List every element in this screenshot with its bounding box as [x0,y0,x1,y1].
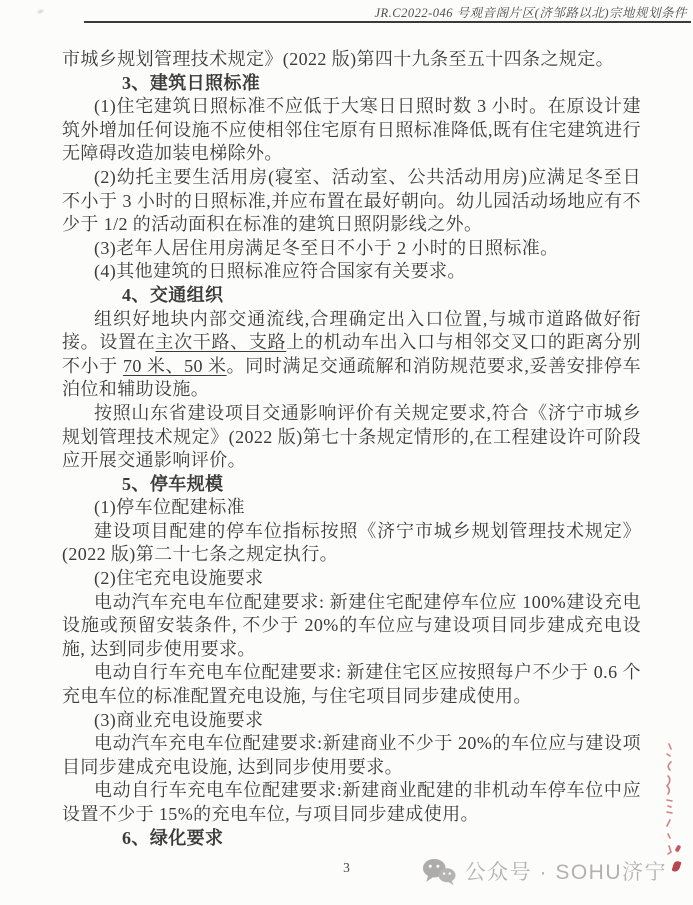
text-run: 6、 [122,828,150,848]
text-run: 3、 [122,73,150,93]
paragraph: (3)商业充电设施要求 [62,709,641,733]
paragraph: (3)老年人居住用房满足冬至日不小于 2 小时的日照标准。 [62,237,641,261]
text-run: 5、 [122,474,150,494]
paragraph: (2)住宅充电设施要求 [62,567,641,591]
paragraph: 电动自行车充电车位配建要求:新建商业配建的非机动车停车位中应设置不少于 15%的… [62,779,641,826]
paragraph: 电动汽车充电车位配建要求: 新建住宅配建停车位应 100%建设充电设施或预留安装… [62,591,641,662]
section-heading: 4、交通组织 [62,284,641,308]
text-run: 按照山东省建设项目交通影响评价有关规定要求,符合《济宁市城乡规划管理技术规定》(… [62,403,641,470]
section-heading: 3、建筑日照标准 [62,72,641,96]
paragraph: 电动自行车充电车位配建要求: 新建住宅区应按照每户不少于 0.6 个充电车位的标… [62,661,641,708]
text-run: (3)老年人居住用房满足冬至日不小于 2 小时的日照标准。 [94,238,559,258]
text-run: 电动汽车充电车位配建要求:新建商业不少于 20%的车位应与建设项目同步建成充电设… [62,733,641,777]
paragraph: 市城乡规划管理技术规定》(2022 版)第四十九条至五十四条之规定。 [62,48,641,72]
paragraph: 按照山东省建设项目交通影响评价有关规定要求,符合《济宁市城乡规划管理技术规定》(… [62,402,641,473]
text-run: 停车规模 [150,474,224,494]
red-pen-scribble [662,742,676,864]
watermark: 公众号 · SOHU济宁 [422,856,667,886]
text-run: 电动自行车充电车位配建要求:新建商业配建的非机动车停车位中应设置不少于 15%的… [62,780,641,824]
text-run: 电动自行车充电车位配建要求: 新建住宅区应按照每户不少于 0.6 个充电车位的标… [62,662,641,706]
paragraph: 电动汽车充电车位配建要求:新建商业不少于 20%的车位应与建设项目同步建成充电设… [62,732,641,779]
underlined-text: 70 米、50 米 [123,356,227,376]
watermark-text: 公众号 · SOHU济宁 [465,856,667,886]
text-run: 交通组织 [150,285,224,305]
paragraph: 组织好地块内部交通流线,合理确定出入口位置,与城市道路做好衔接。设置在主次干路、… [62,308,641,402]
scan-speck [35,8,45,16]
text-run: (2)幼托主要生活用房(寝室、活动室、公共活动用房)应满足冬至日不小于 3 小时… [62,167,641,234]
text-run: 市城乡规划管理技术规定》(2022 版)第四十九条至五十四条之规定。 [62,49,614,69]
page-header-title: JR.C2022-046 号观音阁片区(济邹路以北)宗地规划条件 [374,3,687,21]
paragraph: (2)幼托主要生活用房(寝室、活动室、公共活动用房)应满足冬至日不小于 3 小时… [62,166,641,237]
text-run: 电动汽车充电车位配建要求: 新建住宅配建停车位应 100%建设充电设施或预留安装… [62,592,641,659]
paragraph: 建设项目配建的停车位指标按照《济宁市城乡规划管理技术规定》(2022 版)第二十… [62,520,641,567]
paragraph: (1)住宅建筑日照标准不应低于大寒日日照时数 3 小时。在原设计建筑外增加任何设… [62,95,641,166]
underlined-text: 主次干路、支路 [155,332,286,352]
paragraph: (4)其他建筑的日照标准应符合国家有关要求。 [62,260,641,284]
text-run: (2)住宅充电设施要求 [94,568,263,588]
text-run: 建筑日照标准 [150,73,260,93]
section-heading: 5、停车规模 [62,473,641,497]
text-run: 4、 [122,285,150,305]
document-body: 市城乡规划管理技术规定》(2022 版)第四十九条至五十四条之规定。3、建筑日照… [62,48,641,850]
header-divider-line [84,21,691,23]
text-run: 绿化要求 [150,828,224,848]
text-run: (1)停车位配建标准 [94,497,245,517]
paragraph: (1)停车位配建标准 [62,496,641,520]
text-run: 建设项目配建的停车位指标按照《济宁市城乡规划管理技术规定》(2022 版)第二十… [62,521,641,565]
scanned-document-page: JR.C2022-046 号观音阁片区(济邹路以北)宗地规划条件 市城乡规划管理… [0,0,693,905]
wechat-icon [422,857,456,886]
text-run: (1)住宅建筑日照标准不应低于大寒日日照时数 3 小时。在原设计建筑外增加任何设… [62,96,641,163]
text-run: (3)商业充电设施要求 [94,710,263,730]
section-heading: 6、绿化要求 [62,827,641,851]
text-run: (4)其他建筑的日照标准应符合国家有关要求。 [94,261,466,281]
